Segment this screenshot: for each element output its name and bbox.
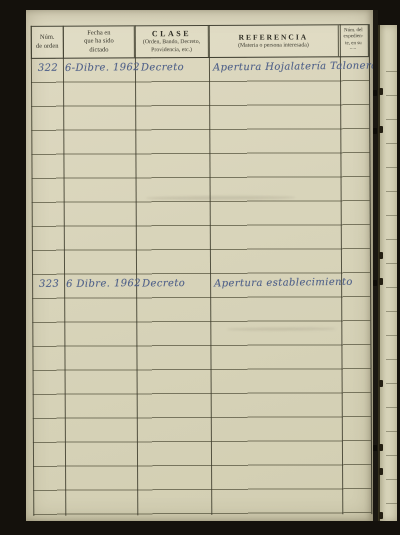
stitch-mark	[373, 90, 377, 96]
stitch-mark	[379, 444, 383, 451]
stitch-mark	[373, 128, 377, 134]
stitch-mark	[379, 88, 383, 95]
stitch-mark	[379, 468, 383, 475]
stitch-mark	[379, 512, 383, 519]
entry-referencia: Apertura establecimiento	[214, 277, 368, 290]
stitch-mark	[379, 380, 383, 387]
adjacent-page-rules	[386, 48, 397, 521]
stitch-mark	[373, 280, 377, 286]
entry-fecha: 6-Dibre. 1962	[65, 62, 135, 74]
entry-clase: Decreto	[142, 278, 206, 290]
registry-table: Núm. de orden Fecha en que ha sido dicta…	[25, 9, 375, 522]
stitch-mark	[373, 445, 377, 451]
entries-layer: 3226-Dibre. 1962DecretoApertura Hojalate…	[25, 9, 375, 522]
entry-num: 322	[33, 63, 63, 74]
entry-fecha: 6 Dibre. 1962	[66, 278, 136, 290]
scanned-ledger-photo: Núm. de orden Fecha en que ha sido dicta…	[0, 0, 400, 535]
ledger-page: Núm. de orden Fecha en que ha sido dicta…	[26, 10, 373, 521]
stitch-mark	[379, 278, 383, 285]
adjacent-page-edge	[378, 25, 397, 521]
entry-num: 323	[34, 279, 64, 290]
stitch-mark	[379, 252, 383, 259]
entry-referencia: Apertura Hojalatería Talonera	[213, 61, 367, 74]
entry-clase: Decreto	[141, 62, 205, 74]
stitch-mark	[379, 126, 383, 133]
